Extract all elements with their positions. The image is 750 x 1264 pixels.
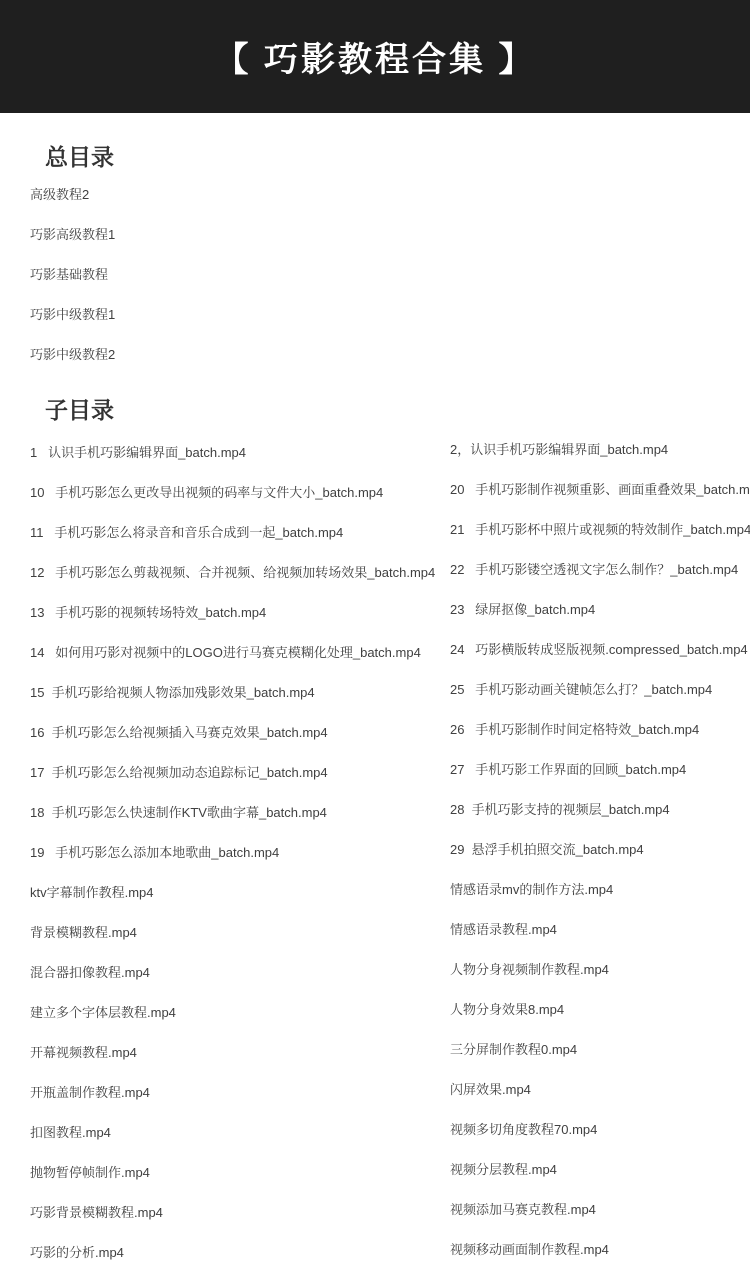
file-link[interactable]: 15 手机巧影给视频人物添加残影效果_batch.mp4 [30,671,420,711]
file-list-right-column: 2，认识手机巧影编辑界面_batch.mp420 手机巧影制作视频重影、画面重叠… [420,428,750,1264]
page-title: 【 巧影教程合集 】 [215,32,536,81]
file-link[interactable]: 29 悬浮手机拍照交流_batch.mp4 [450,828,750,868]
file-link[interactable]: 28 手机巧影支持的视频层_batch.mp4 [450,788,750,828]
file-link[interactable]: 人物分身视频制作教程.mp4 [450,948,750,988]
file-link[interactable]: 23 绿屏抠像_batch.mp4 [450,588,750,628]
sub-directory-heading: 子目录 [0,395,750,425]
file-link[interactable]: 视频移动画面制作教程.mp4 [450,1228,750,1264]
file-link[interactable]: 建立多个字体层教程.mp4 [30,991,420,1031]
content: 总目录 高级教程2巧影高级教程1巧影基础教程巧影中级教程1巧影中级教程2 子目录… [0,142,750,1264]
directory-link[interactable]: 巧影中级教程1 [30,293,750,333]
file-link[interactable]: 视频添加马赛克教程.mp4 [450,1188,750,1228]
file-link[interactable]: 开瓶盖制作教程.mp4 [30,1071,420,1111]
file-link[interactable]: 扣图教程.mp4 [30,1111,420,1151]
file-list-left-column: 1 认识手机巧影编辑界面_batch.mp410 手机巧影怎么更改导出视频的码率… [0,431,420,1264]
file-link[interactable]: 25 手机巧影动画关键帧怎么打？_batch.mp4 [450,668,750,708]
file-link[interactable]: 22 手机巧影镂空透视文字怎么制作？_batch.mp4 [450,548,750,588]
file-link[interactable]: ktv字幕制作教程.mp4 [30,871,420,911]
file-link[interactable]: 视频分层教程.mp4 [450,1148,750,1188]
file-list-columns: 1 认识手机巧影编辑界面_batch.mp410 手机巧影怎么更改导出视频的码率… [0,431,750,1264]
directory-link[interactable]: 高级教程2 [30,173,750,213]
file-link[interactable]: 13 手机巧影的视频转场特效_batch.mp4 [30,591,420,631]
file-link[interactable]: 27 手机巧影工作界面的回顾_batch.mp4 [450,748,750,788]
file-link[interactable]: 背景模糊教程.mp4 [30,911,420,951]
file-link[interactable]: 24 巧影横版转成竖版视频.compressed_batch.mp4 [450,628,750,668]
file-link[interactable]: 视频多切角度教程70.mp4 [450,1108,750,1148]
file-link[interactable]: 12 手机巧影怎么剪裁视频、合并视频、给视频加转场效果_batch.mp4 [30,551,420,591]
file-link[interactable]: 闪屏效果.mp4 [450,1068,750,1108]
main-directory-heading: 总目录 [0,142,750,172]
file-link[interactable]: 18 手机巧影怎么快速制作KTV歌曲字幕_batch.mp4 [30,791,420,831]
file-link[interactable]: 11 手机巧影怎么将录音和音乐合成到一起_batch.mp4 [30,511,420,551]
directory-link[interactable]: 巧影高级教程1 [30,213,750,253]
file-link[interactable]: 19 手机巧影怎么添加本地歌曲_batch.mp4 [30,831,420,871]
file-link[interactable]: 14 如何用巧影对视频中的LOGO进行马赛克模糊化处理_batch.mp4 [30,631,420,671]
file-link[interactable]: 开幕视频教程.mp4 [30,1031,420,1071]
page-banner: 【 巧影教程合集 】 [0,0,750,113]
file-link[interactable]: 17 手机巧影怎么给视频加动态追踪标记_batch.mp4 [30,751,420,791]
directory-link[interactable]: 巧影中级教程2 [30,333,750,373]
file-link[interactable]: 巧影背景模糊教程.mp4 [30,1191,420,1231]
file-link[interactable]: 20 手机巧影制作视频重影、画面重叠效果_batch.mp4 [450,468,750,508]
file-link[interactable]: 16 手机巧影怎么给视频插入马赛克效果_batch.mp4 [30,711,420,751]
file-link[interactable]: 人物分身效果8.mp4 [450,988,750,1028]
directory-link[interactable]: 巧影基础教程 [30,253,750,293]
file-link[interactable]: 三分屏制作教程0.mp4 [450,1028,750,1068]
file-link[interactable]: 抛物暂停帧制作.mp4 [30,1151,420,1191]
file-link[interactable]: 1 认识手机巧影编辑界面_batch.mp4 [30,431,420,471]
file-link[interactable]: 情感语录mv的制作方法.mp4 [450,868,750,908]
file-link[interactable]: 2，认识手机巧影编辑界面_batch.mp4 [450,428,750,468]
main-directory-list: 高级教程2巧影高级教程1巧影基础教程巧影中级教程1巧影中级教程2 [0,173,750,373]
file-link[interactable]: 10 手机巧影怎么更改导出视频的码率与文件大小_batch.mp4 [30,471,420,511]
file-link[interactable]: 巧影的分析.mp4 [30,1231,420,1264]
sub-directory-section: 子目录 1 认识手机巧影编辑界面_batch.mp410 手机巧影怎么更改导出视… [0,395,750,1264]
file-link[interactable]: 混合器扣像教程.mp4 [30,951,420,991]
file-link[interactable]: 21 手机巧影杯中照片或视频的特效制作_batch.mp4 [450,508,750,548]
main-directory-section: 总目录 高级教程2巧影高级教程1巧影基础教程巧影中级教程1巧影中级教程2 [0,142,750,373]
file-link[interactable]: 26 手机巧影制作时间定格特效_batch.mp4 [450,708,750,748]
file-link[interactable]: 情感语录教程.mp4 [450,908,750,948]
